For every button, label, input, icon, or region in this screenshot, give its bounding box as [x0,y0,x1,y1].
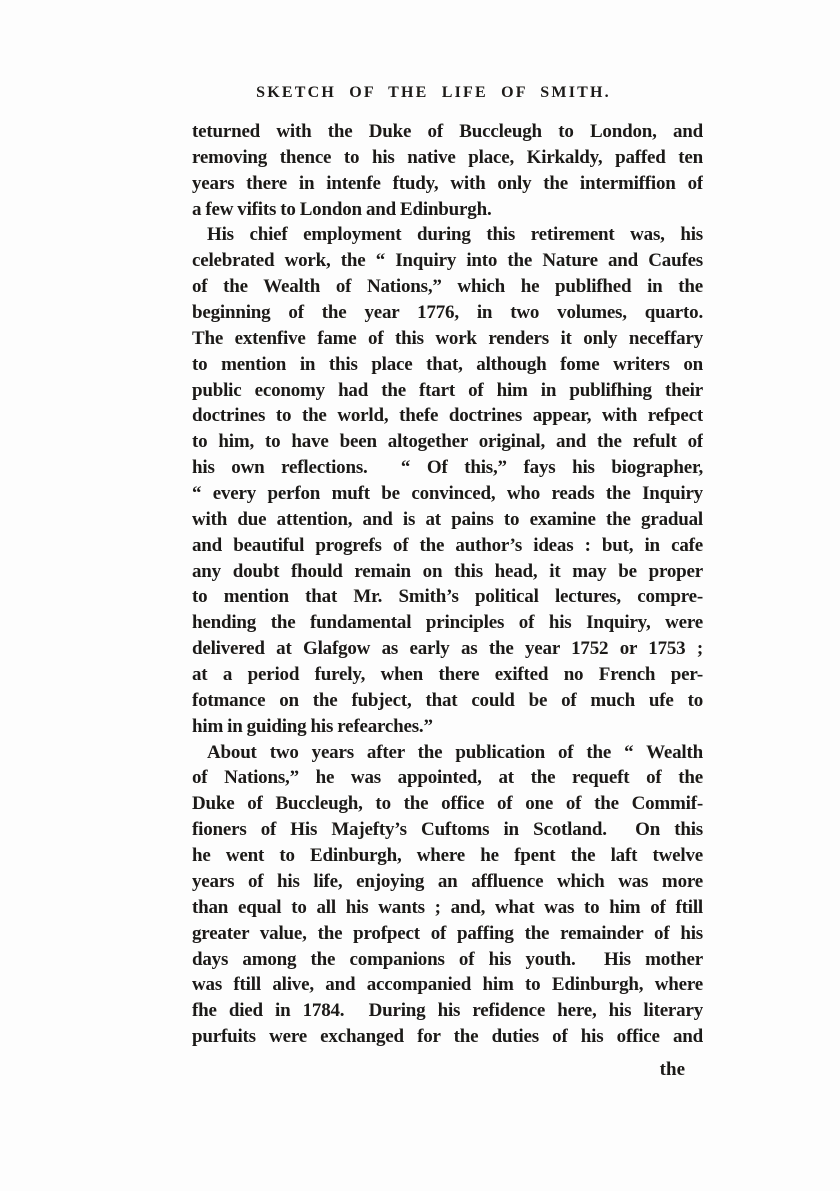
text-line: any doubt fhould remain on this head, it… [192,559,703,585]
text-line: he went to Edinburgh, where he fpent the… [192,843,703,869]
text-line: his own reflections. “ Of this,” fays hi… [192,455,703,481]
text-line: beginning of the year 1776, in two volum… [192,300,703,326]
text-line: with due attention, and is at pains to e… [192,507,703,533]
book-page: SKETCH OF THE LIFE OF SMITH. teturned wi… [0,0,840,1191]
text-line: About two years after the publication of… [192,740,703,766]
text-line: fioners of His Majefty’s Cuftoms in Scot… [192,817,703,843]
running-header: SKETCH OF THE LIFE OF SMITH. [192,84,703,102]
text-line: to mention that Mr. Smith’s political le… [192,584,703,610]
text-line: than equal to all his wants ; and, what … [192,895,703,921]
text-line: years there in intenfe ftudy, with only … [192,171,703,197]
text-line: doctrines to the world, thefe doctrines … [192,403,703,429]
text-line: His chief employment during this retirem… [192,222,703,248]
text-line: at a period furely, when there exifted n… [192,662,703,688]
text-line: “ every perfon muft be convinced, who re… [192,481,703,507]
text-line: to mention in this place that, although … [192,352,703,378]
text-line: The extenfive fame of this work renders … [192,326,703,352]
text-line: removing thence to his native place, Kir… [192,145,703,171]
text-line: hending the fundamental principles of hi… [192,610,703,636]
text-line: teturned with the Duke of Buccleugh to L… [192,119,703,145]
text-line: years of his life, enjoying an affluence… [192,869,703,895]
text-line: greater value, the profpect of paffing t… [192,921,703,947]
text-line: a few vifits to London and Edinburgh. [192,197,703,223]
body-text: teturned with the Duke of Buccleugh to L… [192,119,703,1050]
text-line: delivered at Glafgow as early as the yea… [192,636,703,662]
text-line: to him, to have been altogether original… [192,429,703,455]
catchword: the [192,1057,703,1083]
text-line: fhe died in 1784. During his refidence h… [192,998,703,1024]
text-line: purfuits were exchanged for the duties o… [192,1024,703,1050]
text-line: was ftill alive, and accompanied him to … [192,972,703,998]
text-line: and beautiful progrefs of the author’s i… [192,533,703,559]
text-line: celebrated work, the “ Inquiry into the … [192,248,703,274]
text-line: of Nations,” he was appointed, at the re… [192,765,703,791]
text-line: Duke of Buccleugh, to the office of one … [192,791,703,817]
text-line: days among the companions of his youth. … [192,947,703,973]
text-line: him in guiding his refearches.” [192,714,703,740]
text-line: public economy had the ftart of him in p… [192,378,703,404]
text-line: fotmance on the fubject, that could be o… [192,688,703,714]
text-line: of the Wealth of Nations,” which he publ… [192,274,703,300]
